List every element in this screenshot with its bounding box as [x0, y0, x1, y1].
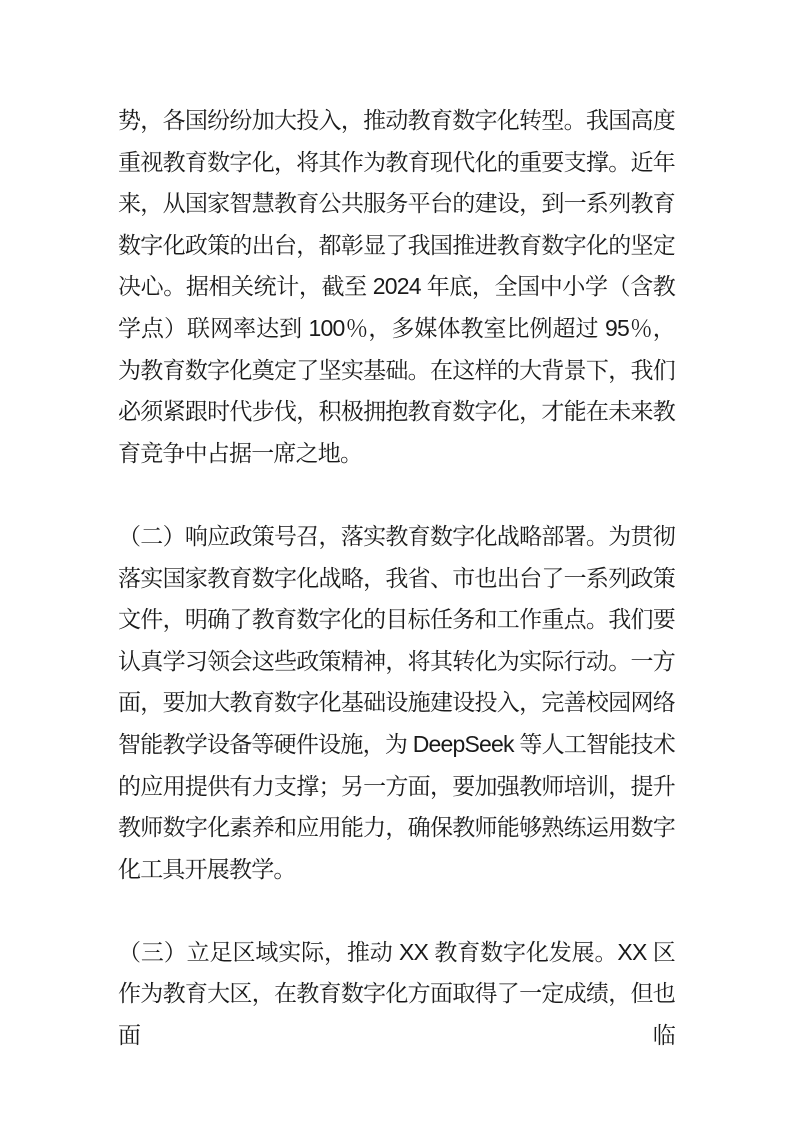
paragraph-continued: 势，各国纷纷加大投入，推动教育数字化转型。我国高度重视教育数字化，将其作为教育现… [118, 100, 675, 474]
page-canvas: 势，各国纷纷加大投入，推动教育数字化转型。我国高度重视教育数字化，将其作为教育现… [0, 0, 793, 1122]
paragraph-section-3: （三）立足区域实际，推动 XX 教育数字化发展。XX 区作为教育大区，在教育数字… [118, 932, 675, 1057]
paragraph-section-2: （二）响应政策号召，落实教育数字化战略部署。为贯彻落实国家教育数字化战略，我省、… [118, 516, 675, 890]
document-page: { "page": { "background_color": "#ffffff… [0, 0, 793, 1122]
text-body: 势，各国纷纷加大投入，推动教育数字化转型。我国高度重视教育数字化，将其作为教育现… [118, 100, 675, 1057]
